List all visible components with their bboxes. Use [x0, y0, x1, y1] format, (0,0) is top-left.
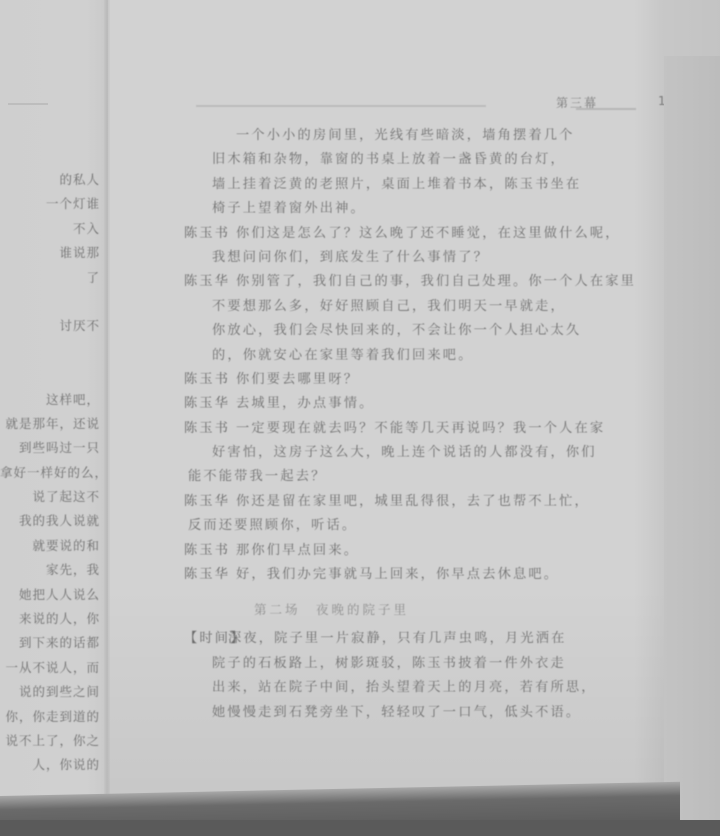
desk-shadow	[0, 820, 720, 836]
dialogue-line: 陈玉书一定要现在就去吗？不能等几天再说吗？我一个人在家	[184, 417, 644, 441]
right-page-edge	[664, 56, 720, 836]
dialogue-line: 陈玉书你们要去哪里呀？	[184, 368, 644, 392]
paragraph-line: 院子的石板路上，树影斑驳，陈玉书披着一件外衣走	[184, 652, 644, 676]
left-line: 一从不说人，而	[0, 656, 100, 680]
dialogue-continuation: 的，你就安心在家里等着我们回来吧。	[184, 344, 644, 368]
left-line	[0, 339, 100, 363]
left-line: 到下来的话都	[0, 631, 100, 655]
left-line: 拿好一样好的么，	[0, 461, 100, 485]
left-line: 就要说的和	[0, 534, 100, 558]
dialogue-continuation: 好害怕，这房子这么大，晚上连个说话的人都没有，你们	[184, 441, 644, 465]
dialogue-continuation: 能不能带我一起去？	[184, 465, 644, 489]
speaker-name: 陈玉华	[184, 490, 236, 514]
left-line	[0, 363, 100, 387]
left-line: 到些吗过一只	[0, 436, 100, 460]
left-line: 讨厌不	[0, 314, 100, 338]
left-line: 说的到些之间	[0, 680, 100, 704]
left-line: 人，你说的	[0, 753, 100, 777]
dialogue-continuation: 你放心，我们会尽快回来的，不会让你一个人担心太久	[184, 319, 644, 343]
stage-direction-line: 椅子上望着窗外出神。	[184, 197, 644, 221]
left-line: 家先，我	[0, 558, 100, 582]
left-page-text: 的私人 一个灯谁 不入 谁说那 了 讨厌不 这样吧， 就是那年，还说 到些吗过一…	[0, 168, 100, 778]
speaker-name: 陈玉华	[184, 392, 236, 416]
stage-direction-line: 旧木箱和杂物，靠窗的书桌上放着一盏昏黄的台灯，	[184, 148, 644, 172]
speaker-name: 陈玉书	[184, 368, 236, 392]
paragraph-line: 出来，站在院子中间，抬头望着天上的月亮，若有所思，	[184, 676, 644, 700]
left-line: 不入	[0, 217, 100, 241]
left-line: 我的我人说就	[0, 509, 100, 533]
header-rule	[196, 105, 486, 107]
speaker-name: 陈玉书	[184, 417, 236, 441]
speaker-name: 陈玉华	[184, 563, 236, 587]
dialogue-line: 陈玉书那你们早点回来。	[184, 539, 644, 563]
dialogue-line: 陈玉华你别管了，我们自己的事，我们自己处理。你一个人在家里	[184, 270, 644, 294]
dialogue-continuation: 我想问问你们，到底发生了什么事情了？	[184, 246, 644, 270]
left-line: 她把人人说么	[0, 583, 100, 607]
left-line: 一个灯谁	[0, 192, 100, 216]
section-title: 第二场 夜晚的院子里	[184, 593, 644, 627]
paragraph-label: 【时间】	[184, 627, 228, 651]
left-header-rule	[8, 103, 48, 105]
paragraph-line: 她慢慢走到石凳旁坐下，轻轻叹了一口气，低头不语。	[184, 701, 644, 725]
stage-paragraph: 【时间】深夜，院子里一片寂静，只有几声虫鸣，月光洒在 院子的石板路上，树影斑驳，…	[184, 627, 644, 725]
speaker-name: 陈玉书	[184, 539, 236, 563]
dialogue-line: 陈玉华你还是留在家里吧，城里乱得很，去了也帮不上忙，	[184, 490, 644, 514]
dialogue-line: 陈玉华去城里，办点事情。	[184, 392, 644, 416]
dialogue-line: 陈玉华好，我们办完事就马上回来，你早点去休息吧。	[184, 563, 644, 587]
dialogue-continuation: 不要想那么多，好好照顾自己，我们明天一早就走，	[184, 295, 644, 319]
left-line: 这样吧，	[0, 388, 100, 412]
header-underline	[576, 108, 636, 110]
left-line: 了	[0, 266, 100, 290]
stage-direction-line: 墙上挂着泛黄的老照片，桌面上堆着书本，陈玉书坐在	[184, 173, 644, 197]
paragraph-line: 【时间】深夜，院子里一片寂静，只有几声虫鸣，月光洒在	[184, 627, 644, 651]
left-line: 谁说那	[0, 241, 100, 265]
left-line	[0, 290, 100, 314]
right-page: 第三幕 171 一个小小的房间里，光线有些暗淡，墙角摆着几个 旧木箱和杂物，靠窗…	[108, 0, 664, 800]
left-line: 说不上了，你之	[0, 729, 100, 753]
page-body: 一个小小的房间里，光线有些暗淡，墙角摆着几个 旧木箱和杂物，靠窗的书桌上放着一盏…	[184, 124, 644, 725]
left-line: 你，你走到道的	[0, 705, 100, 729]
stage-direction-line: 一个小小的房间里，光线有些暗淡，墙角摆着几个	[184, 124, 644, 148]
left-line: 来说的人，你	[0, 607, 100, 631]
dialogue-line: 陈玉书你们这是怎么了？这么晚了还不睡觉，在这里做什么呢，	[184, 222, 644, 246]
left-facing-page: 的私人 一个灯谁 不入 谁说那 了 讨厌不 这样吧， 就是那年，还说 到些吗过一…	[0, 0, 108, 836]
dialogue-continuation: 反而还要照顾你，听话。	[184, 514, 644, 538]
speaker-name: 陈玉华	[184, 270, 236, 294]
left-line: 就是那年，还说	[0, 412, 100, 436]
left-line: 说了起这不	[0, 485, 100, 509]
left-line: 的私人	[0, 168, 100, 192]
speaker-name: 陈玉书	[184, 222, 236, 246]
running-header: 第三幕 171	[196, 96, 696, 110]
